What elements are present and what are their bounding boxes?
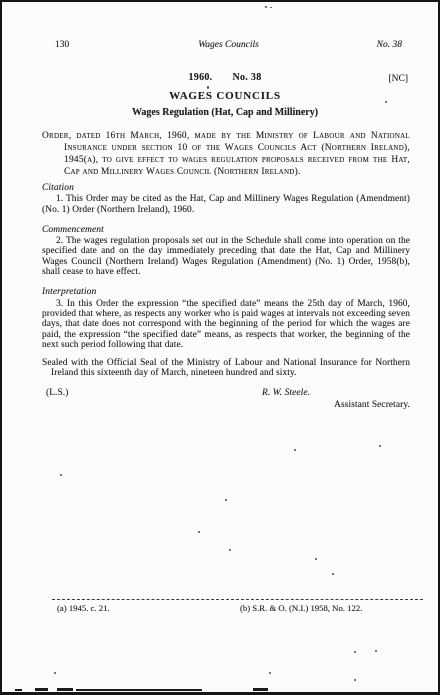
scan-smudge [35,688,48,691]
scan-speck [60,474,62,476]
scan-speck [54,672,56,674]
scan-speck [354,679,356,681]
scan-speck [315,558,317,560]
section-paragraph-commencement: 2. The wages regulation proposals set ou… [42,236,410,277]
running-title: Wages Councils [125,40,332,50]
scan-speck [269,672,271,674]
footnote-area: (a) 1945. c. 21. (b) S.R. & O. (N.I.) 19… [52,599,423,620]
scan-smudge [15,689,22,691]
scan-speck [270,7,272,8]
signature-block: (L.S.) R. W. Steele. Assistant Secretary… [42,388,410,411]
scan-speck [375,650,377,652]
scan-speck [265,6,267,8]
scan-speck [198,531,200,533]
scan-speck [385,101,387,103]
scan-smudge [253,688,268,691]
document-title: WAGES COUNCILS [40,90,410,102]
signatory-title: Assistant Secretary. [262,400,410,410]
order-year-line: 1960.No. 38 [40,72,410,83]
section-heading-commencement: Commencement [42,225,410,235]
scanned-document-page: 130 Wages Councils No. 38 1960.No. 38 [N… [0,0,440,695]
footnote-b: (b) S.R. & O. (N.I.) 1958, No. 122. [240,603,362,613]
order-serial: No. 38 [232,72,261,83]
signatory-name: R. W. Steele. [262,388,410,398]
document-body: Order, dated 16th March, 1960, made by t… [42,130,410,410]
section-heading-interpretation: Interpretation [42,287,410,297]
seal-abbreviation: (L.S.) [42,388,68,398]
scan-speck [332,573,334,575]
section-heading-citation: Citation [42,183,410,193]
section-paragraph-interpretation: 3. In this Order the expression “the spe… [42,299,410,350]
running-header: 130 Wages Councils No. 38 [55,40,402,50]
document-subtitle: Wages Regulation (Hat, Cap and Millinery… [40,107,410,118]
scan-speck [379,445,381,447]
scan-speck [294,449,296,451]
scan-smudge [76,689,202,691]
sealing-clause: Sealed with the Official Seal of the Min… [42,358,410,379]
order-year: 1960. [188,72,212,83]
nc-tag: [NC] [388,74,408,84]
scan-speck [354,651,356,653]
order-recital-paragraph: Order, dated 16th March, 1960, made by t… [42,130,410,178]
footnote-a: (a) 1945. c. 21. [57,603,110,613]
scan-speck [229,549,231,551]
page-number: 130 [55,40,125,50]
section-paragraph-citation: 1. This Order may be cited as the Hat, C… [42,194,410,215]
masthead: 1960.No. 38 [NC] WAGES COUNCILS Wages Re… [40,72,410,118]
scan-smudge [57,688,73,691]
signatory: R. W. Steele. Assistant Secretary. [262,388,410,411]
running-order-number: No. 38 [332,40,402,50]
scan-speck [207,86,209,89]
scan-speck [225,499,227,501]
